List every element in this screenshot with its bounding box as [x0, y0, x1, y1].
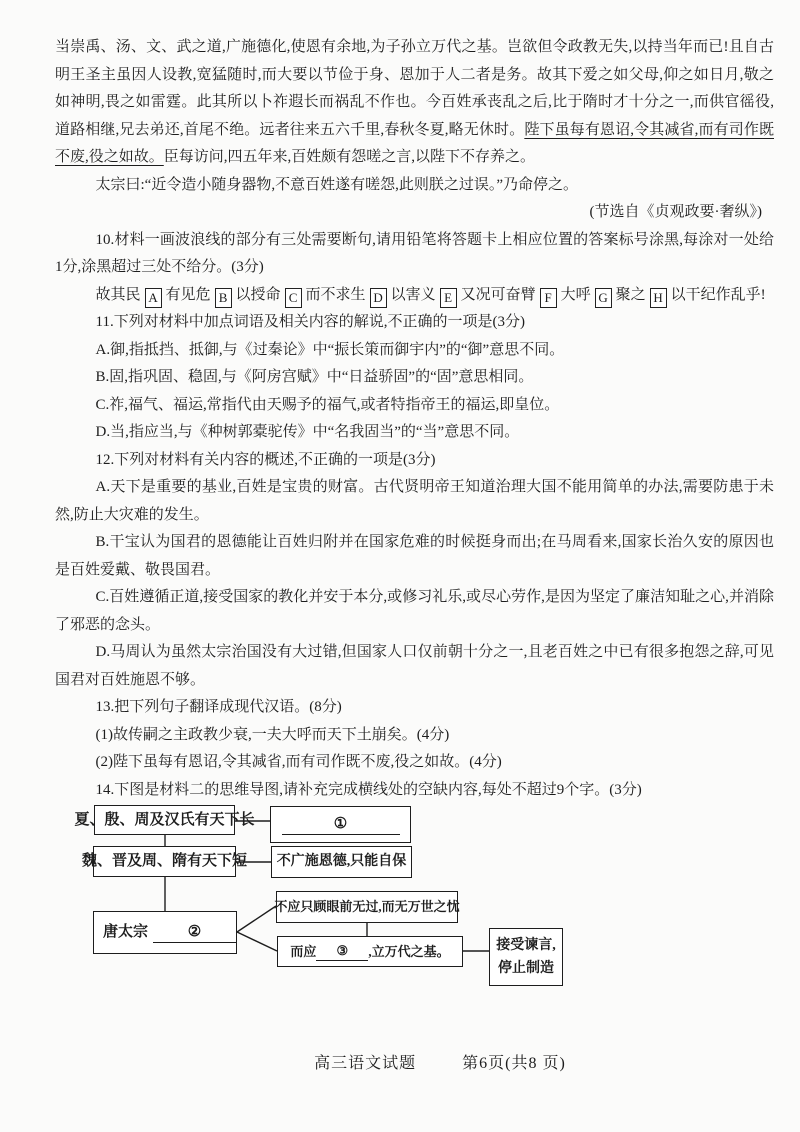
question-14-stem: 14.下图是材料二的思维导图,请补充完成横线处的空缺内容,每处不超过9个字。(3…: [55, 777, 774, 805]
flowchart-box-label: 不广施恩德,只能自保: [277, 853, 407, 872]
question-11-option-c: C.祚,福气、福运,常指代由天赐予的福气,或者特指帝王的福运,即皇位。: [55, 392, 774, 420]
q10-seg: 以害义: [391, 287, 436, 303]
flowchart-box-label: ,立万代之基。: [368, 943, 449, 961]
question-12-option-c: C.百姓遵循正道,接受国家的教化并安于本分,或修习礼乐,或尽心劳作,是因为坚定了…: [55, 584, 774, 639]
footer-exam-title: 高三语文试题: [314, 1050, 416, 1073]
q10-seg: 聚之: [616, 287, 646, 303]
q10-seg: 以干纪作乱乎!: [671, 287, 766, 303]
q10-break-option-g: G: [595, 288, 612, 308]
flowchart-box-no-grace: 不广施恩德,只能自保: [271, 846, 412, 878]
q10-break-option-c: C: [285, 288, 302, 308]
question-11-option-b: B.固,指巩固、稳固,与《阿房宫赋》中“日益骄固”的“固”意思相同。: [55, 364, 774, 392]
q10-break-option-d: D: [370, 288, 387, 308]
q10-seg: 而不求生: [306, 287, 366, 303]
question-12-option-d: D.马周认为虽然太宗治国没有大过错,但国家人口仅前朝十分之一,且老百姓之中已有很…: [55, 639, 774, 694]
flowchart-box-label: 而应: [290, 943, 316, 961]
question-11-option-d: D.当,指应当,与《种树郭橐驼传》中“名我固当”的“当”意思不同。: [55, 419, 774, 447]
flowchart-box-not-only-present: 不应只顾眼前无过,而无万世之忧: [276, 891, 458, 923]
flowchart-box-label: 不应只顾眼前无过,而无万世之忧: [274, 898, 459, 916]
question-13-stem: 13.把下列句子翻译成现代汉语。(8分): [55, 694, 774, 722]
flowchart-box-blank-1: ①: [270, 806, 411, 843]
question-13-item-1: (1)故传嗣之主政教少衰,一夫大呼而天下土崩矣。(4分): [55, 722, 774, 750]
page-footer: 高三语文试题 第6页(共8 页): [0, 1050, 800, 1073]
material-text-post: 臣每访问,四五年来,百姓颇有怨嗟之言,以陛下不存养之。: [164, 149, 535, 165]
exam-page: 当崇禹、汤、文、武之道,广施德化,使恩有余地,为子孙立万代之基。岂欲但令政教无失…: [0, 0, 800, 1132]
flowchart-box-label: 魏、晋及周、隋有天下短: [82, 851, 247, 871]
question-12-option-a: A.天下是重要的基业,百姓是宝贵的财富。古代贤明帝王知道治理大国不能用简单的办法…: [55, 474, 774, 529]
q10-seg: 大呼: [561, 287, 591, 303]
question-11-option-a: A.御,指抵挡、抵御,与《过秦论》中“振长策而御宇内”的“御”意思不同。: [55, 337, 774, 365]
flowchart-box-tang-taizong: 唐太宗 ②: [93, 911, 237, 954]
q10-seg: 有见危: [166, 287, 211, 303]
flowchart-box-accept-advice: 接受谏言, 停止制造: [489, 928, 563, 986]
question-12-stem: 12.下列对材料有关内容的概述,不正确的一项是(3分): [55, 447, 774, 475]
q10-break-option-h: H: [650, 288, 667, 308]
q10-seg: 又况可奋臂: [461, 287, 536, 303]
question-13-item-2: (2)陛下虽每有恩诏,令其减省,而有司作既不废,役之如故。(4分): [55, 749, 774, 777]
flowchart-box-label: 停止制造: [498, 957, 554, 980]
q10-break-option-b: B: [215, 288, 232, 308]
q10-seg: 以授命: [236, 287, 281, 303]
flowchart-box-label: 接受谏言,: [496, 934, 556, 957]
material-paragraph-2: 太宗曰:“近令造小随身器物,不意百姓遂有嗟怨,此则朕之过误。”乃命停之。: [55, 172, 774, 200]
q10-break-option-f: F: [540, 288, 557, 308]
question-10-stem: 10.材料一画波浪线的部分有三处需要断句,请用铅笔将答题卡上相应位置的答案标号涂…: [55, 227, 774, 282]
q10-break-option-a: A: [145, 288, 162, 308]
flowchart-box-should-instead: 而应 ③ ,立万代之基。: [277, 936, 463, 967]
material-paragraph-1: 当崇禹、汤、文、武之道,广施德化,使恩有余地,为子孙立万代之基。岂欲但令政教无失…: [55, 34, 774, 172]
flowchart-box-label: 唐太宗: [103, 922, 148, 942]
blank-line-1: ①: [282, 814, 400, 835]
question-11-stem: 11.下列对材料中加点词语及相关内容的解说,不正确的一项是(3分): [55, 309, 774, 337]
question-10-sentence: 故其民A有见危B以授命C而不求生D以害义E又况可奋臂F大呼G聚之H以干纪作乱乎!: [55, 282, 774, 310]
material-source: (节选自《贞观政要·奢纵》): [55, 199, 774, 227]
q10-seg: 故其民: [96, 287, 141, 303]
emphasis-dot-char: 当: [55, 39, 70, 55]
flowchart-box-label: 夏、殷、周及汉氏有天下长: [75, 810, 255, 830]
flowchart-box-xia-shang-zhou: 夏、殷、周及汉氏有天下长: [94, 805, 235, 835]
blank-line-2: ②: [153, 922, 236, 943]
blank-line-3: ③: [316, 942, 368, 961]
flowchart-box-wei-jin-zhou-sui: 魏、晋及周、隋有天下短: [93, 846, 236, 877]
q10-break-option-e: E: [440, 288, 457, 308]
question-12-option-b: B.干宝认为国君的恩德能让百姓归附并在国家危难的时候挺身而出;在马周看来,国家长…: [55, 529, 774, 584]
mind-map-flowchart: 夏、殷、周及汉氏有天下长 ① 魏、晋及周、隋有天下短 不广施恩德,只能自保 唐太…: [55, 805, 774, 1005]
footer-page-number: 第6页(共8 页): [462, 1050, 566, 1073]
